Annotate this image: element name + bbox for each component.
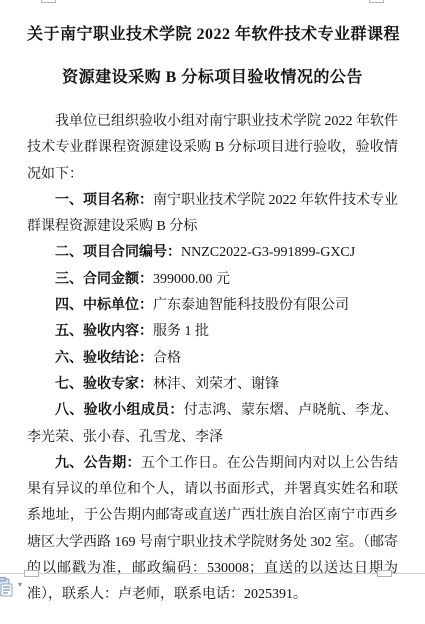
item-paragraph-9: 九、公告期：五个工作日。在公告期间内对以上公告结果有异议的单位和个人，请以书面形… <box>27 451 398 609</box>
text-boundary-mark-bottom-right <box>377 570 392 577</box>
item-paragraph-5: 五、验收内容：服务 1 批 <box>27 319 398 345</box>
item-paragraph-8: 八、验收小组成员：付志鸿、蒙东熠、卢晓航、李龙、李光荣、张小春、孔雪龙、李泽 <box>27 398 398 451</box>
item-content: NNZC2022-G3-991899-GXCJ <box>181 245 355 260</box>
item-paragraph-1: 一、项目名称：南宁职业技术学院 2022 年软件技术专业群课程资源建设采购 B … <box>27 188 398 241</box>
item-paragraph-6: 六、验收结论：合格 <box>27 346 398 372</box>
title-line-1: 关于南宁职业技术学院 2022 年软件技术专业群课程 <box>27 13 398 56</box>
clipboard-paste-icon <box>0 577 14 597</box>
item-label: 五、验收内容： <box>55 324 153 339</box>
text-boundary-mark-top-left <box>41 0 56 3</box>
item-content: 林沣、刘荣才、谢锋 <box>153 377 279 392</box>
item-paragraph-4: 四、中标单位：广东泰迪智能科技股份有限公司 <box>27 293 398 319</box>
item-content: 合格 <box>153 351 181 366</box>
item-label: 一、项目名称： <box>55 193 153 208</box>
word-document-page: 关于南宁职业技术学院 2022 年软件技术专业群课程 资源建设采购 B 分标项目… <box>0 0 425 624</box>
intro-paragraph: 我单位已组织验收小组对南宁职业技术学院 2022 年软件技术专业群课程资源建设采… <box>27 109 398 188</box>
item-label: 六、验收结论： <box>55 351 153 366</box>
item-paragraph-2: 二、项目合同编号：NNZC2022-G3-991899-GXCJ <box>27 240 398 266</box>
item-paragraph-7: 七、验收专家：林沣、刘荣才、谢锋 <box>27 372 398 398</box>
text-boundary-mark-top-right <box>369 0 384 3</box>
item-label: 三、合同金额： <box>55 272 153 287</box>
document-title: 关于南宁职业技术学院 2022 年软件技术专业群课程 资源建设采购 B 分标项目… <box>0 0 425 99</box>
item-label: 二、项目合同编号： <box>55 245 181 260</box>
text-boundary-mark-bottom-left <box>24 570 39 577</box>
item-label: 八、验收小组成员： <box>55 403 184 418</box>
dropdown-caret-icon[interactable]: ▾ <box>18 580 22 589</box>
text-boundary-line <box>0 573 425 574</box>
paste-options-button[interactable] <box>0 577 14 597</box>
item-label: 四、中标单位： <box>55 298 153 313</box>
title-line-2: 资源建设采购 B 分标项目验收情况的公告 <box>27 56 398 99</box>
item-paragraph-3: 三、合同金额：399000.00 元 <box>27 267 398 293</box>
item-content: 399000.00 元 <box>153 272 230 287</box>
item-content: 广东泰迪智能科技股份有限公司 <box>153 298 349 313</box>
item-label: 九、公告期： <box>55 456 141 471</box>
item-content: 服务 1 批 <box>153 324 209 339</box>
item-label: 七、验收专家： <box>55 377 153 392</box>
document-body: 我单位已组织验收小组对南宁职业技术学院 2022 年软件技术专业群课程资源建设采… <box>0 99 425 609</box>
item-content: 五个工作日。在公告期间内对以上公告结果有异议的单位和个人，请以书面形式，并署真实… <box>27 456 398 602</box>
